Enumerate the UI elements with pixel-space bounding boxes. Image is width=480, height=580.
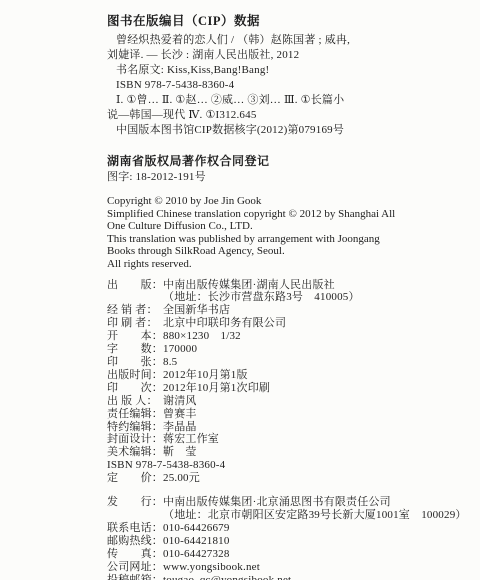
dist-row-fax: 传 真：010-64427328: [107, 548, 447, 561]
pub-value: 北京中印联印务有限公司: [163, 317, 286, 329]
pub-value: 2012年10月第1次印刷: [163, 382, 270, 394]
distribution-info: 发 行：中南出版传媒集团·北京涌思图书有限责任公司 （地址：北京市朝阳区安定路3…: [107, 496, 447, 580]
copyright-line: Copyright © 2010 by Joe Jin Gook: [107, 195, 447, 208]
copyright-notice: Copyright © 2010 by Joe Jin Gook Simplif…: [107, 195, 447, 271]
registration-number: 图字: 18-2012-191号: [107, 169, 447, 185]
pub-row-isbn: ISBN 978-7-5438-8360-4: [107, 459, 447, 472]
pub-label: 印 刷 者：: [107, 317, 163, 330]
dist-value: www.yongsibook.net: [163, 561, 260, 573]
pub-value: 8.5: [163, 356, 177, 368]
text-column: 图书在版编目（CIP）数据 曾经炽热爱着的恋人们 / （韩）赵陈国著 ; 威冉,…: [107, 12, 447, 580]
cip-heading: 图书在版编目（CIP）数据: [107, 12, 447, 30]
pub-row-printer: 印 刷 者：北京中印联印务有限公司: [107, 317, 447, 330]
pub-row-cover-design: 封面设计：蒋宏工作室: [107, 433, 447, 446]
pub-label: 出 版：: [107, 279, 163, 292]
pub-label: 责任编辑：: [107, 408, 163, 421]
dist-value: （地址：北京市朝阳区安定路39号长新大厦1001室 100029）: [163, 509, 467, 521]
pub-label: 字 数：: [107, 343, 163, 356]
pub-row-publisher: 出 版：中南出版传媒集团·湖南人民出版社: [107, 279, 447, 292]
registration-heading: 湖南省版权局著作权合同登记: [107, 153, 447, 169]
cip-line: 说—韩国—现代 Ⅳ. ①I312.645: [107, 108, 447, 123]
pub-label: 开 本：: [107, 330, 163, 343]
dist-value: tougao_qc@yongsibook.net: [163, 574, 291, 580]
cip-line: ISBN 978-7-5438-8360-4: [107, 78, 447, 93]
pub-row-price: 定 价：25.00元: [107, 472, 447, 485]
cip-block: 曾经炽热爱着的恋人们 / （韩）赵陈国著 ; 威冉, 刘婕译. — 长沙 : 湖…: [107, 33, 447, 138]
pub-label: 经 销 者：: [107, 304, 163, 317]
dist-row-phone: 联系电话：010-64426679: [107, 522, 447, 535]
pub-value: 880×1230 1/32: [163, 330, 241, 342]
dist-value: 010-64426679: [163, 522, 230, 534]
pub-label: 出版时间：: [107, 369, 163, 382]
pub-row-edition-date: 出版时间：2012年10月第1版: [107, 369, 447, 382]
pub-label: 特约编辑：: [107, 421, 163, 434]
pub-value: 靳 莹: [163, 446, 197, 458]
copyright-line: One Culture Diffusion Co., LTD.: [107, 220, 447, 233]
pub-value: 蒋宏工作室: [163, 433, 219, 445]
copyright-line: Simplified Chinese translation copyright…: [107, 208, 447, 221]
dist-label: 发 行：: [107, 496, 163, 509]
dist-label: 传 真：: [107, 548, 163, 561]
pub-value: （地址：长沙市营盘东路3号 410005）: [163, 291, 360, 303]
pub-value: 谢清风: [163, 395, 197, 407]
pub-row-distributor: 经 销 者：全国新华书店: [107, 304, 447, 317]
dist-row-mail-order: 邮购热线：010-64421810: [107, 535, 447, 548]
pub-value: 中南出版传媒集团·湖南人民出版社: [163, 279, 335, 291]
copyright-page: 图书在版编目（CIP）数据 曾经炽热爱着的恋人们 / （韩）赵陈国著 ; 威冉,…: [0, 0, 480, 580]
pub-row-editor: 责任编辑：曾赛丰: [107, 408, 447, 421]
dist-row-address: （地址：北京市朝阳区安定路39号长新大厦1001室 100029）: [107, 509, 447, 522]
pub-label: 定 价：: [107, 472, 163, 485]
dist-row-website: 公司网址：www.yongsibook.net: [107, 561, 447, 574]
pub-label: 印 张：: [107, 356, 163, 369]
isbn-line: ISBN 978-7-5438-8360-4: [107, 459, 225, 471]
copyright-line: All rights reserved.: [107, 258, 447, 271]
pub-row-sheets: 印 张：8.5: [107, 356, 447, 369]
pub-row-publisher-person: 出 版 人：谢清风: [107, 395, 447, 408]
dist-label: 邮购热线：: [107, 535, 163, 548]
publication-info: 出 版：中南出版传媒集团·湖南人民出版社 （地址：长沙市营盘东路3号 41000…: [107, 279, 447, 486]
copyright-line: This translation was published by arrang…: [107, 233, 447, 246]
cip-line: Ⅰ. ①曾… Ⅱ. ①赵… ②威… ③刘… Ⅲ. ①长篇小: [107, 93, 447, 108]
dist-label: 投稿邮箱：: [107, 574, 163, 580]
pub-row-printing: 印 次：2012年10月第1次印刷: [107, 382, 447, 395]
pub-value: 2012年10月第1版: [163, 369, 248, 381]
dist-value: 010-64427328: [163, 548, 230, 560]
pub-value: 170000: [163, 343, 197, 355]
pub-row-publisher-address: （地址：长沙市营盘东路3号 410005）: [107, 291, 447, 304]
dist-value: 中南出版传媒集团·北京涌思图书有限责任公司: [163, 496, 391, 508]
copyright-line: Books through SilkRoad Agency, Seoul.: [107, 245, 447, 258]
pub-row-art-editor: 美术编辑：靳 莹: [107, 446, 447, 459]
pub-label: 封面设计：: [107, 433, 163, 446]
cip-line: 曾经炽热爱着的恋人们 / （韩）赵陈国著 ; 威冉,: [107, 33, 447, 48]
dist-row-submission-email: 投稿邮箱：tougao_qc@yongsibook.net: [107, 574, 447, 580]
cip-line: 刘婕译. — 长沙 : 湖南人民出版社, 2012: [107, 48, 447, 63]
pub-label: 美术编辑：: [107, 446, 163, 459]
pub-row-word-count: 字 数：170000: [107, 343, 447, 356]
cip-line: 书名原文: Kiss,Kiss,Bang!Bang!: [107, 63, 447, 78]
pub-value: 25.00元: [163, 472, 200, 484]
cip-line: 中国版本图书馆CIP数据核字(2012)第079169号: [107, 123, 447, 138]
pub-row-special-editor: 特约编辑：李晶晶: [107, 421, 447, 434]
pub-value: 李晶晶: [163, 421, 197, 433]
pub-row-format: 开 本：880×1230 1/32: [107, 330, 447, 343]
dist-label: 联系电话：: [107, 522, 163, 535]
pub-value: 曾赛丰: [163, 408, 197, 420]
dist-value: 010-64421810: [163, 535, 230, 547]
pub-value: 全国新华书店: [163, 304, 230, 316]
dist-label: 公司网址：: [107, 561, 163, 574]
pub-label: 印 次：: [107, 382, 163, 395]
dist-row-distributor: 发 行：中南出版传媒集团·北京涌思图书有限责任公司: [107, 496, 447, 509]
registration-block: 湖南省版权局著作权合同登记 图字: 18-2012-191号: [107, 153, 447, 185]
pub-label: 出 版 人：: [107, 395, 163, 408]
